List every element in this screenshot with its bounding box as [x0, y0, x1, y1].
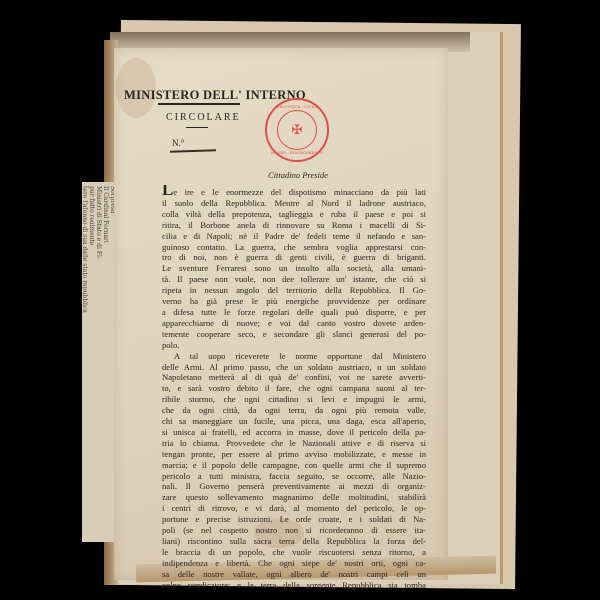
body-line: si unisca ai fratelli, ed accorra in mas…: [162, 427, 426, 438]
body-line: i centri di ritrovo, e vi darà, al momen…: [162, 503, 426, 514]
body-line: il suolo della Repubblica. Mentre al Nor…: [162, 198, 426, 209]
body-line: colpo vendicatore; e la terra della sorg…: [162, 580, 426, 591]
library-stamp: BIBLIOTECA · CIVICA ✠ · MUSEO · RISORGIM…: [265, 98, 329, 162]
salutation: Cittadino Preside: [268, 170, 328, 180]
body-line: tria lo chiama. Provvedete che le Nazion…: [162, 438, 426, 449]
circular-body: Le ire e le enormezze del dispotismo min…: [162, 185, 426, 591]
body-line: apparecchiarne di nuove; e voi dal canto…: [162, 318, 426, 329]
document-type: CIRCOLARE: [166, 112, 241, 123]
body-line: che da ogni città, da ogni terra, da ogn…: [162, 405, 426, 416]
body-line: nali. Il Governo penserà preventivamente…: [162, 481, 426, 492]
clipping-text: SorpresaIl Cardinal FornariMinistri di S…: [82, 186, 116, 526]
body-line: polo.: [162, 340, 426, 351]
clipping-line: Ministri di Stato e di Fi-: [95, 186, 102, 526]
body-line: delle Armi. Al primo passo, che un solda…: [162, 362, 426, 373]
body-line: chi sa maneggiare un fucile, una picca, …: [162, 416, 426, 427]
body-line: ritira, il Borbone anela di rinnovare su…: [162, 220, 426, 231]
stamp-text-bottom: · MUSEO · RISORGIMENTO ·: [267, 151, 327, 155]
body-line: to, e sarà vostro debito il fare, che og…: [162, 383, 426, 394]
stamp-text-top: BIBLIOTECA · CIVICA: [267, 105, 327, 109]
body-line: portune e precise istruzioni. Le orde cr…: [162, 514, 426, 525]
body-line: tà. Il paese non vuole, non dee tollerar…: [162, 274, 426, 285]
body-line: tengan pronte, per essere al primo avvis…: [162, 449, 426, 460]
body-line: colla viltà della prepotenza, taglieggia…: [162, 209, 426, 220]
stamp-emblem-icon: ✠: [277, 110, 317, 150]
body-line: a difesa tutte le forze regolari delle q…: [162, 307, 426, 318]
body-line: ripeta in nessun angolo del territorio d…: [162, 285, 426, 296]
body-line: sa delle nostre vallate, ogni albero de'…: [162, 569, 426, 580]
clipping-line: Il Cardinal Fornari: [102, 186, 109, 526]
body-line: pericolo a tutti ministra, faccia seguit…: [162, 471, 426, 482]
body-line: Le sventure Ferraresi sono un insulto al…: [162, 263, 426, 274]
body-line: temente cooperare seco, e secondare gli …: [162, 329, 426, 340]
body-line: cilia e di Napoli; nè il Padre de' fedel…: [162, 231, 426, 242]
body-line: guinoso contatto. La guerra, che sembra …: [162, 242, 426, 253]
body-line: A tal uopo riceverete le norme opportune…: [162, 351, 426, 362]
body-line: marcia; e il popolo delle campagne, con …: [162, 460, 426, 471]
body-line: liani) riscontino sulla sacra terra dell…: [162, 536, 426, 547]
body-line: ribile stormo, che ogni cittadino si lev…: [162, 394, 426, 405]
drop-cap: L: [162, 185, 173, 198]
body-line: poli (se nel cospetto nostro non si rico…: [162, 525, 426, 536]
ministry-heading: MINISTERO DELL' INTERNO: [124, 88, 306, 103]
body-line: tro di noi, non è guerra di genti civili…: [162, 252, 426, 263]
body-line: Le ire e le enormezze del dispotismo min…: [162, 185, 426, 198]
body-line: indipendenza e libertà. Che ogni siepe d…: [162, 558, 426, 569]
body-line: le braccia di un popolo, che vuole riscu…: [162, 547, 426, 558]
number-label: N.°: [172, 138, 184, 148]
type-rule: [186, 127, 208, 128]
clipping-line: pur fatto realmente: [88, 186, 95, 526]
heading-rule: [158, 103, 240, 105]
body-line: Napoletano metterà al di quà de' confini…: [162, 372, 426, 383]
body-line: verno ha già prese le più energiche prov…: [162, 296, 426, 307]
body-line: zare questo sollevamento magnanimo delle…: [162, 492, 426, 503]
newspaper-clipping: SorpresaIl Cardinal FornariMinistri di S…: [82, 182, 118, 542]
clipping-line: tere l'alunno di sua dalle stato repubbl…: [82, 186, 88, 526]
